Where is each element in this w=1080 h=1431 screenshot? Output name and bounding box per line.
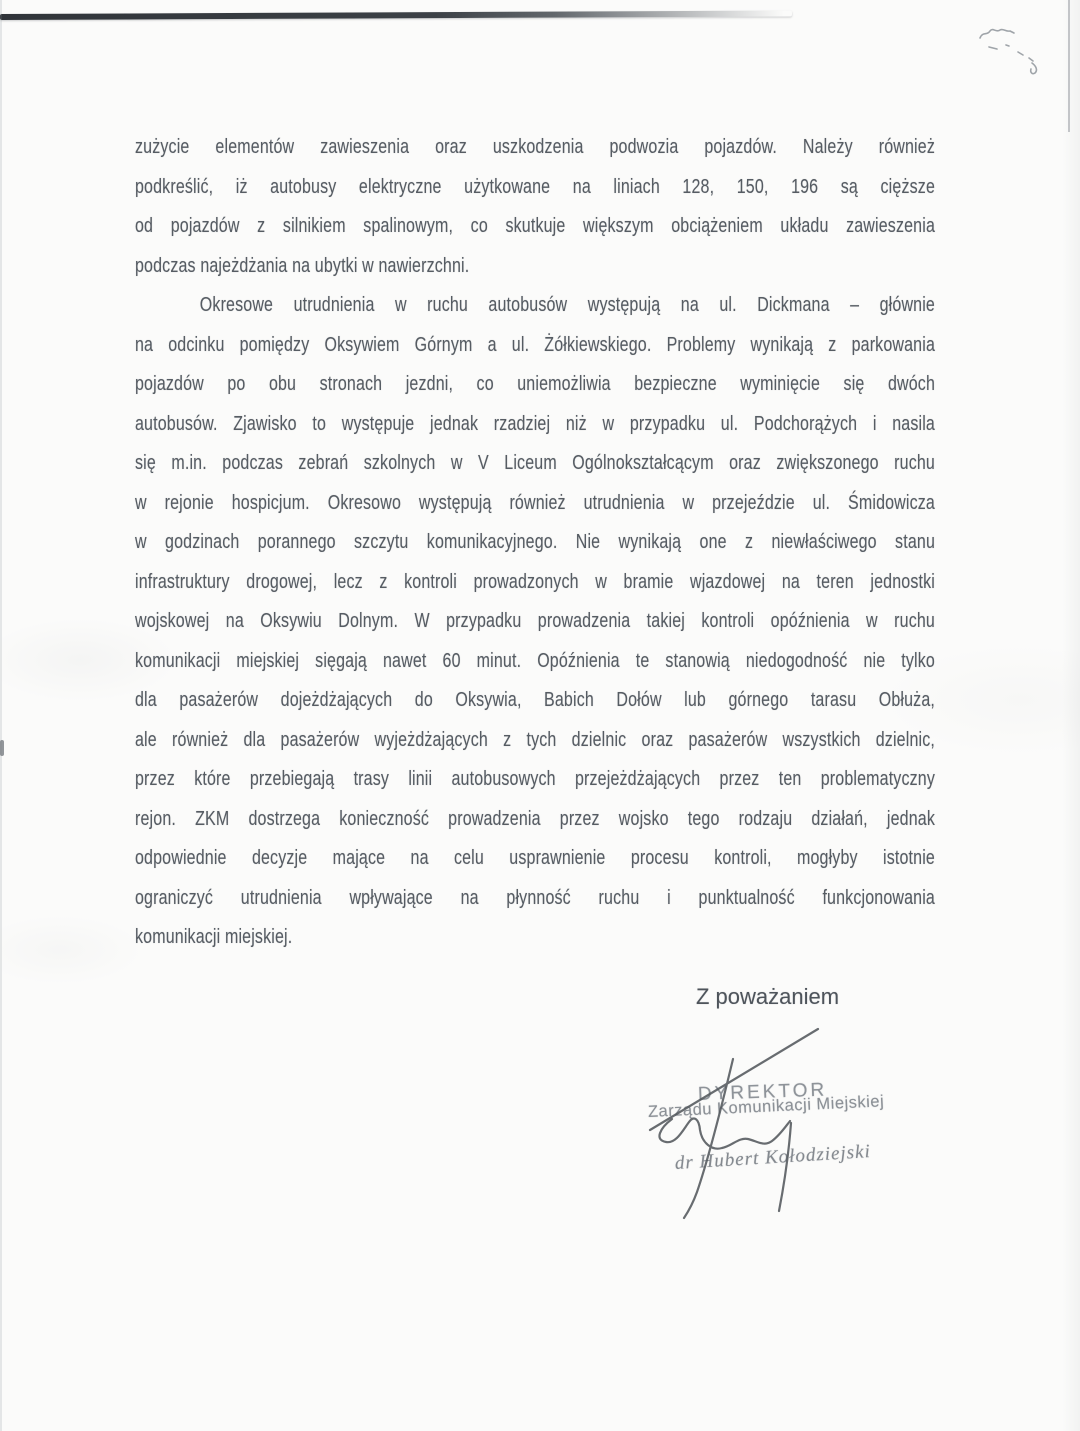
- text-line: Okresowe utrudnienia w ruchu autobusów w…: [135, 286, 935, 326]
- text-line: rejon. ZKM dostrzega konieczność prowadz…: [135, 800, 935, 840]
- scan-edge-line-right: [1068, 0, 1070, 132]
- text-line: komunikacji miejskiej.: [135, 918, 935, 958]
- body-text: zużycie elementów zawieszenia oraz uszko…: [135, 128, 935, 958]
- text-line: w godzinach porannego szczytu komunikacy…: [135, 523, 935, 563]
- pen-paraph-icon: [980, 29, 1036, 73]
- text-line: ograniczyć utrudnienia wpływające na pły…: [135, 879, 935, 919]
- text-line: wojskowej na Oksywiu Dolnym. W przypadku…: [135, 602, 935, 642]
- text-line: dla pasażerów dojeżdżających do Oksywia,…: [135, 681, 935, 721]
- closing-salutation: Z poważaniem: [696, 984, 839, 1010]
- signature-wave-stroke: [659, 1119, 790, 1149]
- text-line: od pojazdów z silnikiem spalinowym, co s…: [135, 207, 935, 247]
- text-line: zużycie elementów zawieszenia oraz uszko…: [135, 128, 935, 168]
- text-line: odpowiednie decyzje mające na celu uspra…: [135, 839, 935, 879]
- scan-edge-line: [0, 11, 792, 20]
- stamp-signatory: dr Hubert Kołodziejski: [674, 1141, 871, 1175]
- scan-edge-shadow: [1062, 0, 1080, 1431]
- text-line: podczas najeżdżania na ubytki w nawierzc…: [135, 247, 935, 287]
- text-line: na odcinku pomiędzy Oksywiem Górnym a ul…: [135, 326, 935, 366]
- paraph-hook: [1031, 63, 1037, 74]
- handwritten-signature: [650, 1029, 818, 1218]
- text-line: komunikacji miejskiej sięgają nawet 60 m…: [135, 642, 935, 682]
- text-line: pojazdów po obu stronach jezdni, co unie…: [135, 365, 935, 405]
- scan-edge-dash: [0, 740, 4, 756]
- stamp-organization: Zarządu Komunikacji Miejskiej: [648, 1092, 885, 1122]
- scan-edge-line-left: [0, 0, 2, 1431]
- text-line: przez które przebiegają trasy linii auto…: [135, 760, 935, 800]
- paraph-squiggle: [980, 29, 1014, 38]
- paraph-dot-1: [1006, 45, 1009, 46]
- text-line: się m.in. podczas zebrań szkolnych w V L…: [135, 444, 935, 484]
- text-line: infrastruktury drogowej, lecz z kontroli…: [135, 563, 935, 603]
- text-line: podkreślić, iż autobusy elektryczne użyt…: [135, 168, 935, 208]
- paraph-dot-2: [1018, 52, 1023, 55]
- text-line: ale również dla pasażerów wyjeżdżających…: [135, 721, 935, 761]
- paraph-dash: [989, 47, 997, 49]
- scanned-letter-page: zużycie elementów zawieszenia oraz uszko…: [0, 0, 1080, 1431]
- paraph-dot-3: [1029, 58, 1033, 61]
- text-line: w rejonie hospicjum. Okresowo występują …: [135, 484, 935, 524]
- text-line: autobusów. Zjawisko to występuje jednak …: [135, 405, 935, 445]
